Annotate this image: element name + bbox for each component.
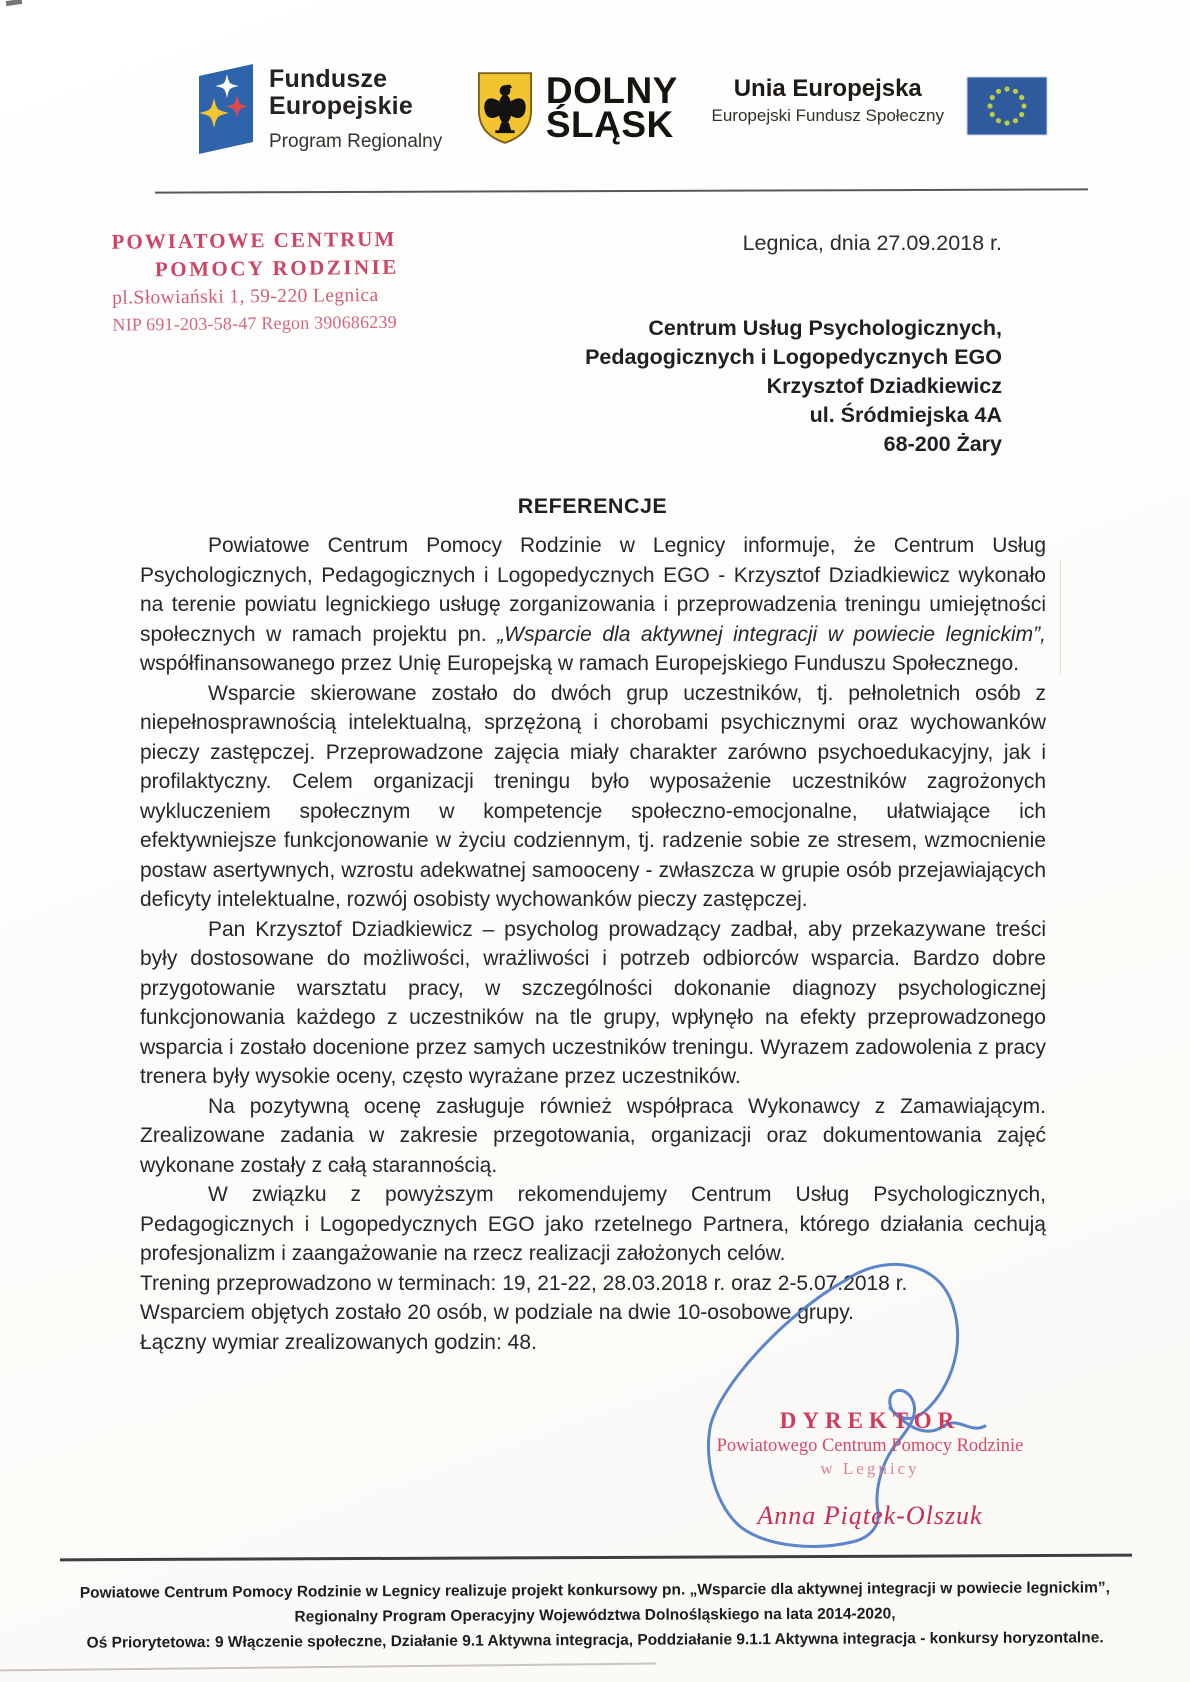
project-name-italic: „Wsparcie dla aktywnej integracji w powi… [497,623,1046,646]
paragraph-2: Wsparcie skierowane zostało do dwóch gru… [140,679,1046,915]
fe-logo-subtitle: Program Regionalny [269,131,442,153]
recipient-line: Pedagogicznych i Logopedycznych EGO [585,343,1002,372]
stamp-org-line2: POMOCY RODZINIE [112,254,442,282]
signature-org-line1: Powiatowego Centrum Pomocy Rodzinie [700,1436,1040,1457]
signature-name: Anna Piątek-Olszuk [700,1501,1040,1531]
scan-edge-artifact [0,1663,656,1672]
recipient-block: Centrum Usług Psychologicznych, Pedagogi… [585,314,1002,459]
footer-project-info: Powiatowe Centrum Pomocy Rodzinie w Legn… [70,1575,1120,1655]
paragraph-3: Pan Krzysztof Dziadkiewicz – psycholog p… [140,915,1046,1092]
dateline: Legnica, dnia 27.09.2018 r. [743,231,1002,256]
recipient-line: ul. Śródmiejska 4A [585,401,1002,430]
ds-eagle-crest-icon [476,70,534,146]
funding-logos-header: Fundusze Europejskie Program Regionalny … [197,62,1048,156]
signature-role: DYREKTOR [700,1408,1040,1434]
recipient-line: Centrum Usług Psychologicznych, [585,314,1002,343]
stamp-org-line1: POWIATOWE CENTRUM [111,226,441,254]
stamp-address: pl.Słowiański 1, 59-220 Legnica [112,284,442,309]
signature-org-line2: w Legnicy [700,1459,1040,1479]
scanned-reference-letter: Fundusze Europejskie Program Regionalny … [0,0,1190,1682]
fe-logo-title-line1: Fundusze [269,66,442,93]
stamp-nip-regon: NIP 691-203-58-47 Regon 390686239 [112,311,442,335]
eu-logo-subtitle: Europejski Fundusz Społeczny [712,106,944,126]
header-separator-line [155,188,1088,193]
eu-flag-icon [966,76,1048,136]
eu-logo-title: Unia Europejska [712,76,944,102]
signature-block: DYREKTOR Powiatowego Centrum Pomocy Rodz… [700,1408,1040,1531]
recipient-line: 68-200 Żary [585,430,1002,459]
paragraph-1-end: współfinansowanego przez Unię Europejską… [140,652,1019,675]
ds-logo-line2: ŚLĄSK [546,108,678,142]
fe-logo-title-line2: Europejskie [269,93,442,120]
logo-unia-europejska: Unia Europejska Europejski Fundusz Społe… [712,76,1048,136]
eu-logo-text: Unia Europejska Europejski Fundusz Społe… [712,76,944,126]
document-title: REFERENCJE [140,494,1045,519]
scan-corner-artifact [6,0,23,6]
fe-flag-icon [197,62,255,156]
footer-line3: Oś Priorytetowa: 9 Włączenie społeczne, … [70,1625,1120,1655]
paper-crease [1060,560,1061,675]
ds-logo-line1: DOLNY [546,74,678,108]
paragraph-1: Powiatowe Centrum Pomocy Rodzinie w Legn… [140,531,1046,679]
ds-logo-text: DOLNY ŚLĄSK [546,74,678,142]
recipient-line: Krzysztof Dziadkiewicz [585,372,1002,401]
logo-fundusze-europejskie: Fundusze Europejskie Program Regionalny [197,62,442,156]
sender-stamp: POWIATOWE CENTRUM POMOCY RODZINIE pl.Sło… [111,226,442,335]
logo-dolny-slask: DOLNY ŚLĄSK [476,70,678,146]
fe-logo-text: Fundusze Europejskie Program Regionalny [269,66,442,153]
